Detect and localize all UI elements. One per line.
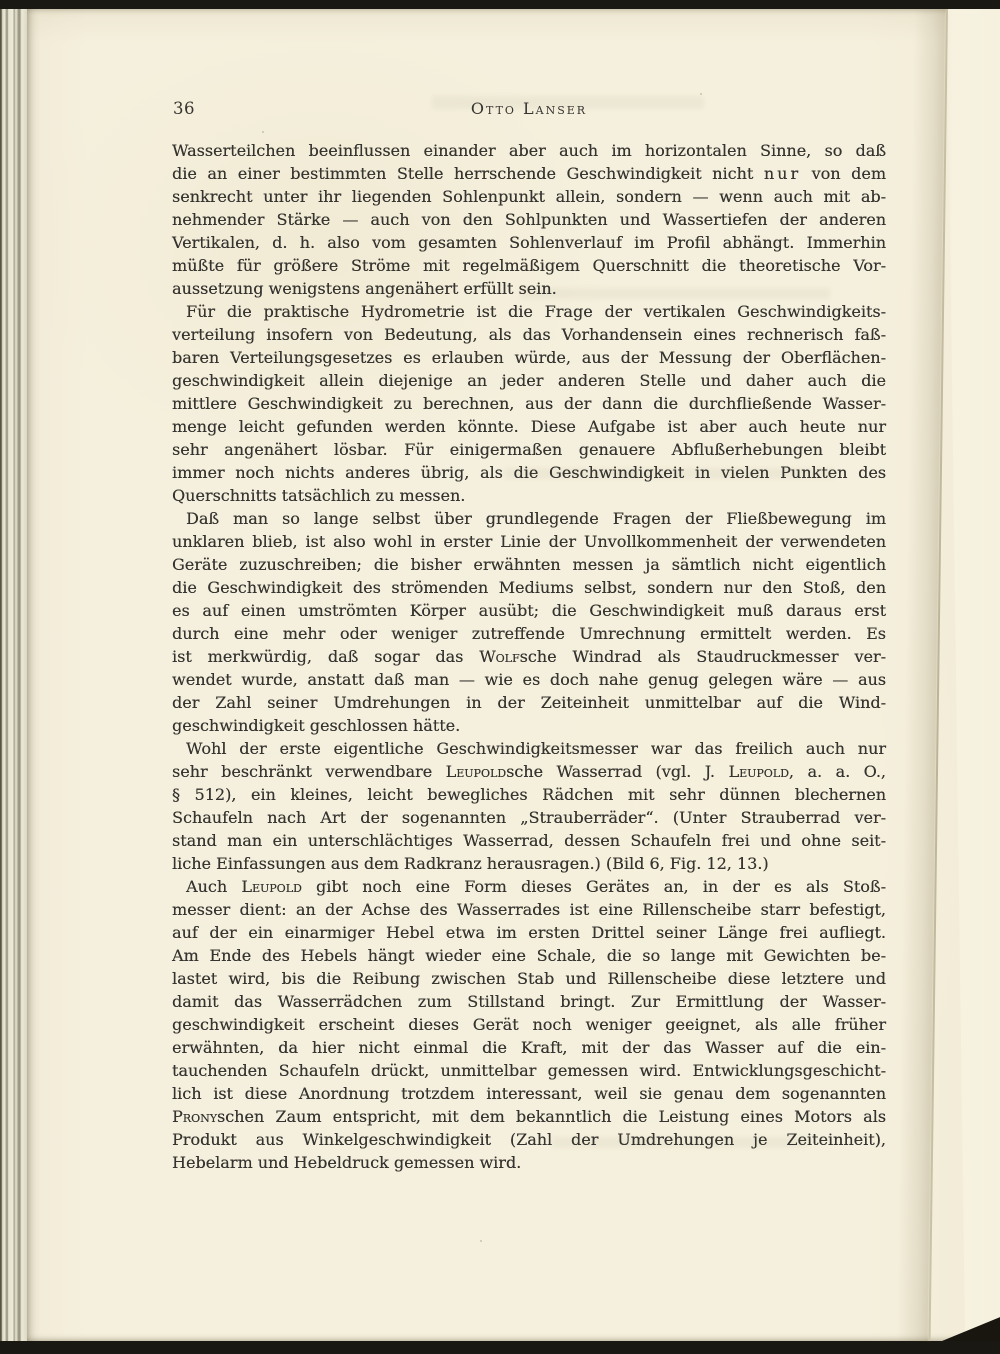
text-line: Daß man so lange selbst über grundlegend… bbox=[172, 507, 886, 530]
text-line: Pronyschen Zaum entspricht, mit dem beka… bbox=[172, 1105, 886, 1128]
text-line: Querschnitts tatsächlich zu messen. bbox=[172, 484, 886, 507]
text-line: Wohl der erste eigentliche Geschwindigke… bbox=[172, 737, 886, 760]
text-line: stand man ein unterschlächtiges Wasserra… bbox=[172, 829, 886, 852]
text-line: Hebelarm und Hebeldruck gemessen wird. bbox=[172, 1151, 886, 1174]
text-line: tauchenden Schaufeln drückt, unmittelbar… bbox=[172, 1059, 886, 1082]
text-line: die an einer bestimmten Stelle herrschen… bbox=[172, 162, 886, 185]
text-line: Für die praktische Hydrometrie ist die F… bbox=[172, 300, 886, 323]
dust-speck bbox=[700, 93, 702, 95]
text-line: mittlere Geschwindigkeit zu berechnen, a… bbox=[172, 392, 886, 415]
book-scan: 36 Otto Lanser Wasserteilchen beeinfluss… bbox=[0, 0, 1000, 1354]
text-line: baren Verteilungsgesetzes es erlauben wü… bbox=[172, 346, 886, 369]
letterspaced-word: nur bbox=[764, 164, 801, 183]
text-line: erwähnten, da hier nicht einmal die Kraf… bbox=[172, 1036, 886, 1059]
text-line: Wasserteilchen beeinflussen einander abe… bbox=[172, 139, 886, 162]
text-block: Wasserteilchen beeinflussen einander abe… bbox=[172, 139, 886, 1174]
small-caps-name: Wolf bbox=[479, 647, 519, 666]
text-line: sehr angenähert lösbar. Für einigermaßen… bbox=[172, 438, 886, 461]
text-line: menge leicht gefunden werden könnte. Die… bbox=[172, 415, 886, 438]
text-line: aussetzung wenigstens angenähert erfüllt… bbox=[172, 277, 886, 300]
text-line: liche Einfassungen aus dem Radkranz hera… bbox=[172, 852, 886, 875]
text-line: lastet wird, bis die Reibung zwischen St… bbox=[172, 967, 886, 990]
small-caps-name: Prony bbox=[172, 1107, 217, 1126]
text-line: messer dient: an der Achse des Wasserrad… bbox=[172, 898, 886, 921]
text-line: geschwindigkeit erscheint dieses Gerät n… bbox=[172, 1013, 886, 1036]
stacked-page-edges bbox=[0, 9, 27, 1341]
text-line: senkrecht unter ihr liegenden Sohlenpunk… bbox=[172, 185, 886, 208]
text-line: geschwindigkeit allein diejenige an jede… bbox=[172, 369, 886, 392]
text-line: der Zahl seiner Umdrehungen in der Zeite… bbox=[172, 691, 886, 714]
text-line: durch eine mehr oder weniger zutreffende… bbox=[172, 622, 886, 645]
text-line: Geräte zuzuschreiben; die bisher erwähnt… bbox=[172, 553, 886, 576]
small-caps-name: Leupold bbox=[446, 762, 506, 781]
text-line: Am Ende des Hebels hängt wieder eine Sch… bbox=[172, 944, 886, 967]
text-line: nehmender Stärke — auch von den Sohlpunk… bbox=[172, 208, 886, 231]
text-line: die Geschwindigkeit des strömenden Mediu… bbox=[172, 576, 886, 599]
text-line: unklaren blieb, ist also wohl in erster … bbox=[172, 530, 886, 553]
small-caps-name: Leupold bbox=[728, 762, 788, 781]
text-line: § 512), ein kleines, leicht bewegliches … bbox=[172, 783, 886, 806]
dust-speck bbox=[262, 131, 264, 133]
text-line: damit das Wasserrädchen zum Stillstand b… bbox=[172, 990, 886, 1013]
text-line: Produkt aus Winkelgeschwindigkeit (Zahl … bbox=[172, 1128, 886, 1151]
text-line: immer noch nichts anderes übrig, als die… bbox=[172, 461, 886, 484]
text-line: Vertikalen, d. h. also vom gesamten Sohl… bbox=[172, 231, 886, 254]
small-caps-name: Leupold bbox=[241, 877, 301, 896]
text-line: verteilung insofern von Bedeutung, als d… bbox=[172, 323, 886, 346]
text-line: geschwindigkeit geschlossen hätte. bbox=[172, 714, 886, 737]
text-line: müßte für größere Ströme mit regelmäßige… bbox=[172, 254, 886, 277]
running-header: Otto Lanser bbox=[172, 99, 886, 118]
text-line: lich ist diese Anordnung trotzdem intere… bbox=[172, 1082, 886, 1105]
text-line: wendet wurde, anstatt daß man — wie es d… bbox=[172, 668, 886, 691]
page-header: 36 Otto Lanser bbox=[172, 99, 886, 121]
dust-speck bbox=[480, 1240, 482, 1242]
text-line: Schaufeln nach Art der sogenannten „Stra… bbox=[172, 806, 886, 829]
text-line: ist merkwürdig, daß sogar das Wolfsche W… bbox=[172, 645, 886, 668]
text-line: sehr beschränkt verwendbare Leupoldsche … bbox=[172, 760, 886, 783]
text-line: Auch Leupold gibt noch eine Form dieses … bbox=[172, 875, 886, 898]
text-line: es auf einen umströmten Körper ausübt; d… bbox=[172, 599, 886, 622]
text-line: auf der ein einarmiger Hebel etwa im ers… bbox=[172, 921, 886, 944]
